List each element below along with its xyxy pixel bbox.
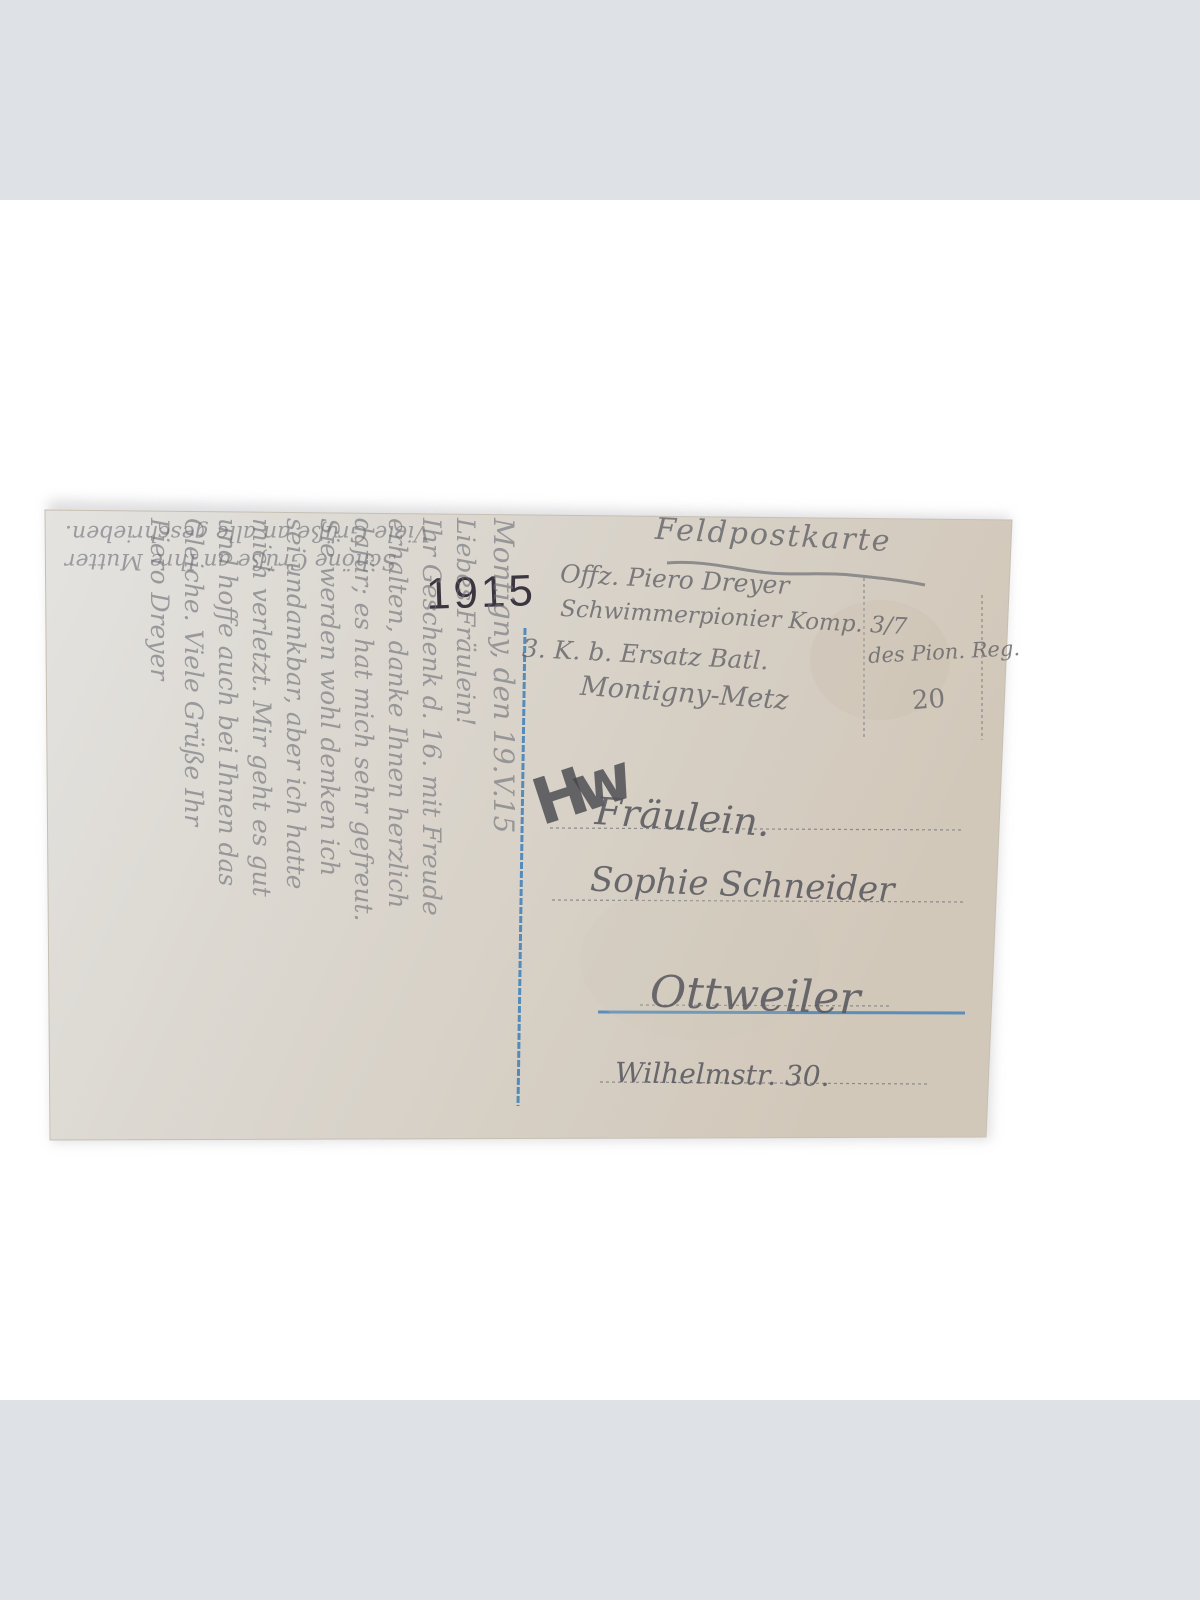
postcard: 1915 Feldpostkarte Offz. Piero Dreyer Sc… bbox=[0, 200, 1200, 1400]
message-line: dafür; es hat mich sehr gefreut. bbox=[346, 518, 380, 1298]
message-line: mich verletzt. Mir geht es gut bbox=[244, 518, 278, 1298]
photo-stage: 1915 Feldpostkarte Offz. Piero Dreyer Sc… bbox=[0, 200, 1200, 1400]
sender-side-number: 20 bbox=[911, 684, 946, 716]
message-signature: Piero Dreyer bbox=[142, 518, 176, 1298]
top-gray-band bbox=[0, 0, 1200, 200]
message-body: Montigny, den 19.V.15 Liebes Fräulein! I… bbox=[80, 518, 520, 1298]
message-line: erhalten, danke Ihnen herzlich bbox=[380, 518, 414, 1298]
message-line: Ihr Geschenk d. 16. mit Freude bbox=[414, 518, 448, 1298]
bottom-gray-band bbox=[0, 1400, 1200, 1600]
recipient-street: Wilhelmstr. 30. bbox=[615, 1056, 830, 1093]
recipient-town: Ottweiler bbox=[649, 966, 861, 1024]
message-line: sei undankbar, aber ich hatte bbox=[278, 518, 312, 1298]
message-line: und hoffe auch bei Ihnen das bbox=[210, 518, 244, 1298]
message-line: Sie werden wohl denken ich bbox=[312, 518, 346, 1298]
message-dateline: Montigny, den 19.V.15 bbox=[486, 518, 520, 1298]
message-line: Gleiche. Viele Grüße Ihr bbox=[176, 518, 210, 1298]
message-line: Liebes Fräulein! bbox=[448, 518, 482, 1298]
